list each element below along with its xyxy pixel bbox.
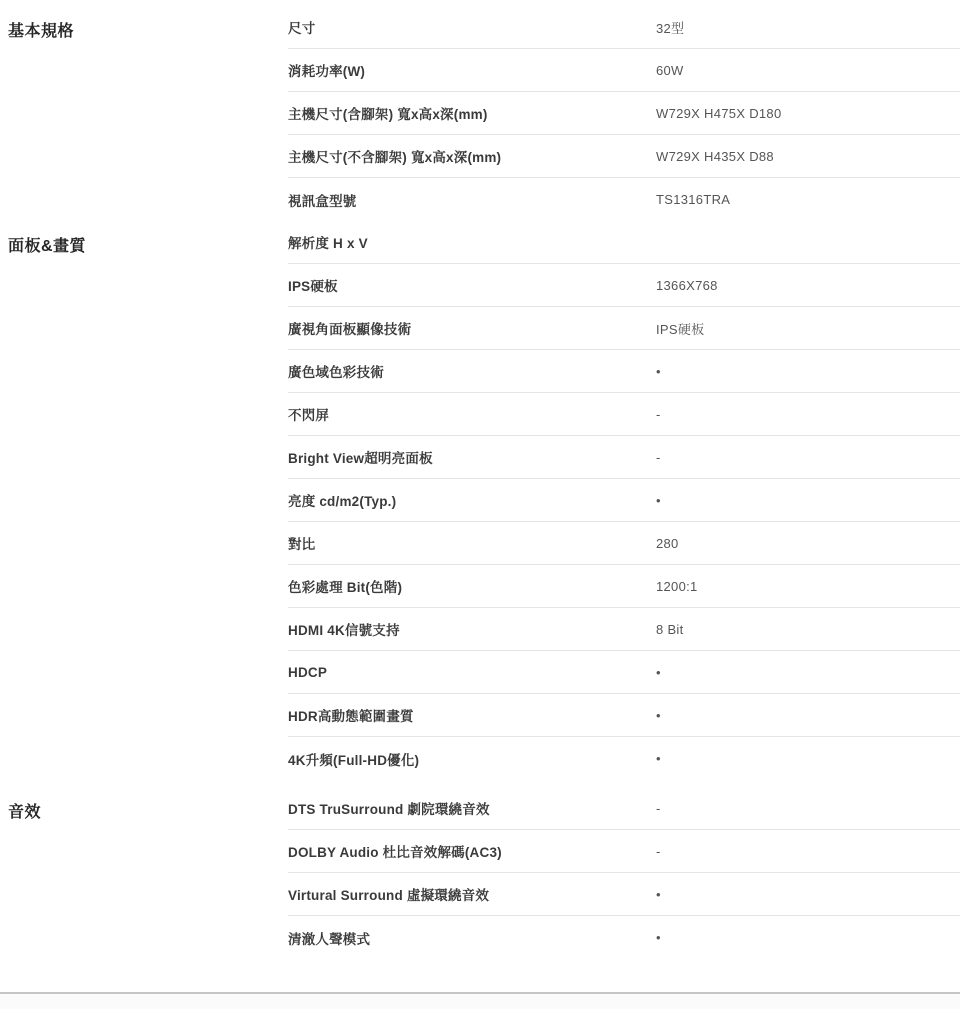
spec-label: 不閃屏 [288,404,656,424]
table-row: 視訊盒型號 TS1316TRA [288,178,960,221]
table-row: 4K升頻(Full-HD優化) • [288,737,960,780]
table-row: HDMI 4K信號支持 8 Bit [288,608,960,651]
table-row: 不閃屏 - [288,393,960,436]
category-label: 面板&畫質 [8,233,288,256]
table-row: 主機尺寸(不含腳架) 寬x高x深(mm) W729X H435X D88 [288,135,960,178]
table-row: 尺寸 32型 [288,6,960,49]
table-row: 色彩處理 Bit(色階) 1200:1 [288,565,960,608]
spec-value: 1200:1 [656,579,960,594]
spec-value: 8 Bit [656,622,960,637]
spec-value: • [656,364,960,379]
table-row: Bright View超明亮面板 - [288,436,960,479]
table-row: 清澈人聲模式 • [288,916,960,959]
spec-value: W729X H435X D88 [656,149,960,164]
spec-label: HDMI 4K信號支持 [288,619,656,639]
spec-value: - [656,844,960,859]
page-footer-strip [0,994,960,1009]
spec-label: 尺寸 [288,17,656,37]
table-row: 廣色域色彩技術 • [288,350,960,393]
spec-label: HDR高動態範圍畫質 [288,705,656,725]
spec-label: 色彩處理 Bit(色階) [288,576,656,596]
spec-sheet-page: 基本規格 尺寸 32型 消耗功率(W) 60W 主機尺寸(含腳架) 寬x高x深(… [0,0,960,1009]
category-column: 面板&畫質 [0,221,288,256]
spec-label: 解析度 H x V [288,232,656,252]
spec-label: 視訊盒型號 [288,190,656,210]
spec-label: 廣視角面板顯像技術 [288,318,656,338]
spec-label: 亮度 cd/m2(Typ.) [288,490,656,510]
spec-value: • [656,708,960,723]
table-row: IPS硬板 1366X768 [288,264,960,307]
spec-value: • [656,930,960,945]
spec-value: - [656,407,960,422]
category-column: 音效 [0,787,288,822]
spec-value: 32型 [656,18,960,37]
spec-value: • [656,751,960,766]
spec-value: 1366X768 [656,278,960,293]
table-row: DTS TruSurround 劇院環繞音效 - [288,787,960,830]
rows-group: 尺寸 32型 消耗功率(W) 60W 主機尺寸(含腳架) 寬x高x深(mm) W… [288,6,960,221]
spec-value: • [656,493,960,508]
table-row: 主機尺寸(含腳架) 寬x高x深(mm) W729X H475X D180 [288,92,960,135]
spec-table: 基本規格 尺寸 32型 消耗功率(W) 60W 主機尺寸(含腳架) 寬x高x深(… [0,0,960,959]
spec-label: Virtural Surround 虛擬環繞音效 [288,884,656,904]
table-row: HDCP • [288,651,960,694]
spec-value: IPS硬板 [656,319,960,338]
table-row: 亮度 cd/m2(Typ.) • [288,479,960,522]
spec-value: 280 [656,536,960,551]
spec-label: DOLBY Audio 杜比音效解碼(AC3) [288,841,656,861]
spec-label: 4K升頻(Full-HD優化) [288,749,656,769]
spec-label: 主機尺寸(含腳架) 寬x高x深(mm) [288,103,656,123]
spec-value: TS1316TRA [656,192,960,207]
spec-value: W729X H475X D180 [656,106,960,121]
category-label: 音效 [8,799,288,822]
table-row: Virtural Surround 虛擬環繞音效 • [288,873,960,916]
section-audio: 音效 DTS TruSurround 劇院環繞音效 - DOLBY Audio … [0,780,960,959]
table-row: DOLBY Audio 杜比音效解碼(AC3) - [288,830,960,873]
spec-value: - [656,450,960,465]
section-panel-quality: 面板&畫質 解析度 H x V IPS硬板 1366X768 廣視角面板顯像技術… [0,221,960,780]
rows-group: DTS TruSurround 劇院環繞音效 - DOLBY Audio 杜比音… [288,787,960,959]
table-row: 廣視角面板顯像技術 IPS硬板 [288,307,960,350]
category-label: 基本規格 [8,18,288,41]
spec-label: 消耗功率(W) [288,60,656,80]
spec-label: HDCP [288,665,656,680]
spec-label: IPS硬板 [288,275,656,295]
table-row: 對比 280 [288,522,960,565]
spec-label: 對比 [288,533,656,553]
table-row: 消耗功率(W) 60W [288,49,960,92]
section-basic-specs: 基本規格 尺寸 32型 消耗功率(W) 60W 主機尺寸(含腳架) 寬x高x深(… [0,6,960,221]
spec-label: DTS TruSurround 劇院環繞音效 [288,798,656,818]
spec-label: 主機尺寸(不含腳架) 寬x高x深(mm) [288,146,656,166]
table-row: 解析度 H x V [288,221,960,264]
spec-label: 廣色域色彩技術 [288,361,656,381]
rows-group: 解析度 H x V IPS硬板 1366X768 廣視角面板顯像技術 IPS硬板… [288,221,960,780]
spec-value: - [656,801,960,816]
table-row: HDR高動態範圍畫質 • [288,694,960,737]
spec-value: • [656,665,960,680]
spec-value: • [656,887,960,902]
spec-label: 清澈人聲模式 [288,928,656,948]
spec-value: 60W [656,63,960,78]
spec-label: Bright View超明亮面板 [288,447,656,467]
category-column: 基本規格 [0,6,288,41]
